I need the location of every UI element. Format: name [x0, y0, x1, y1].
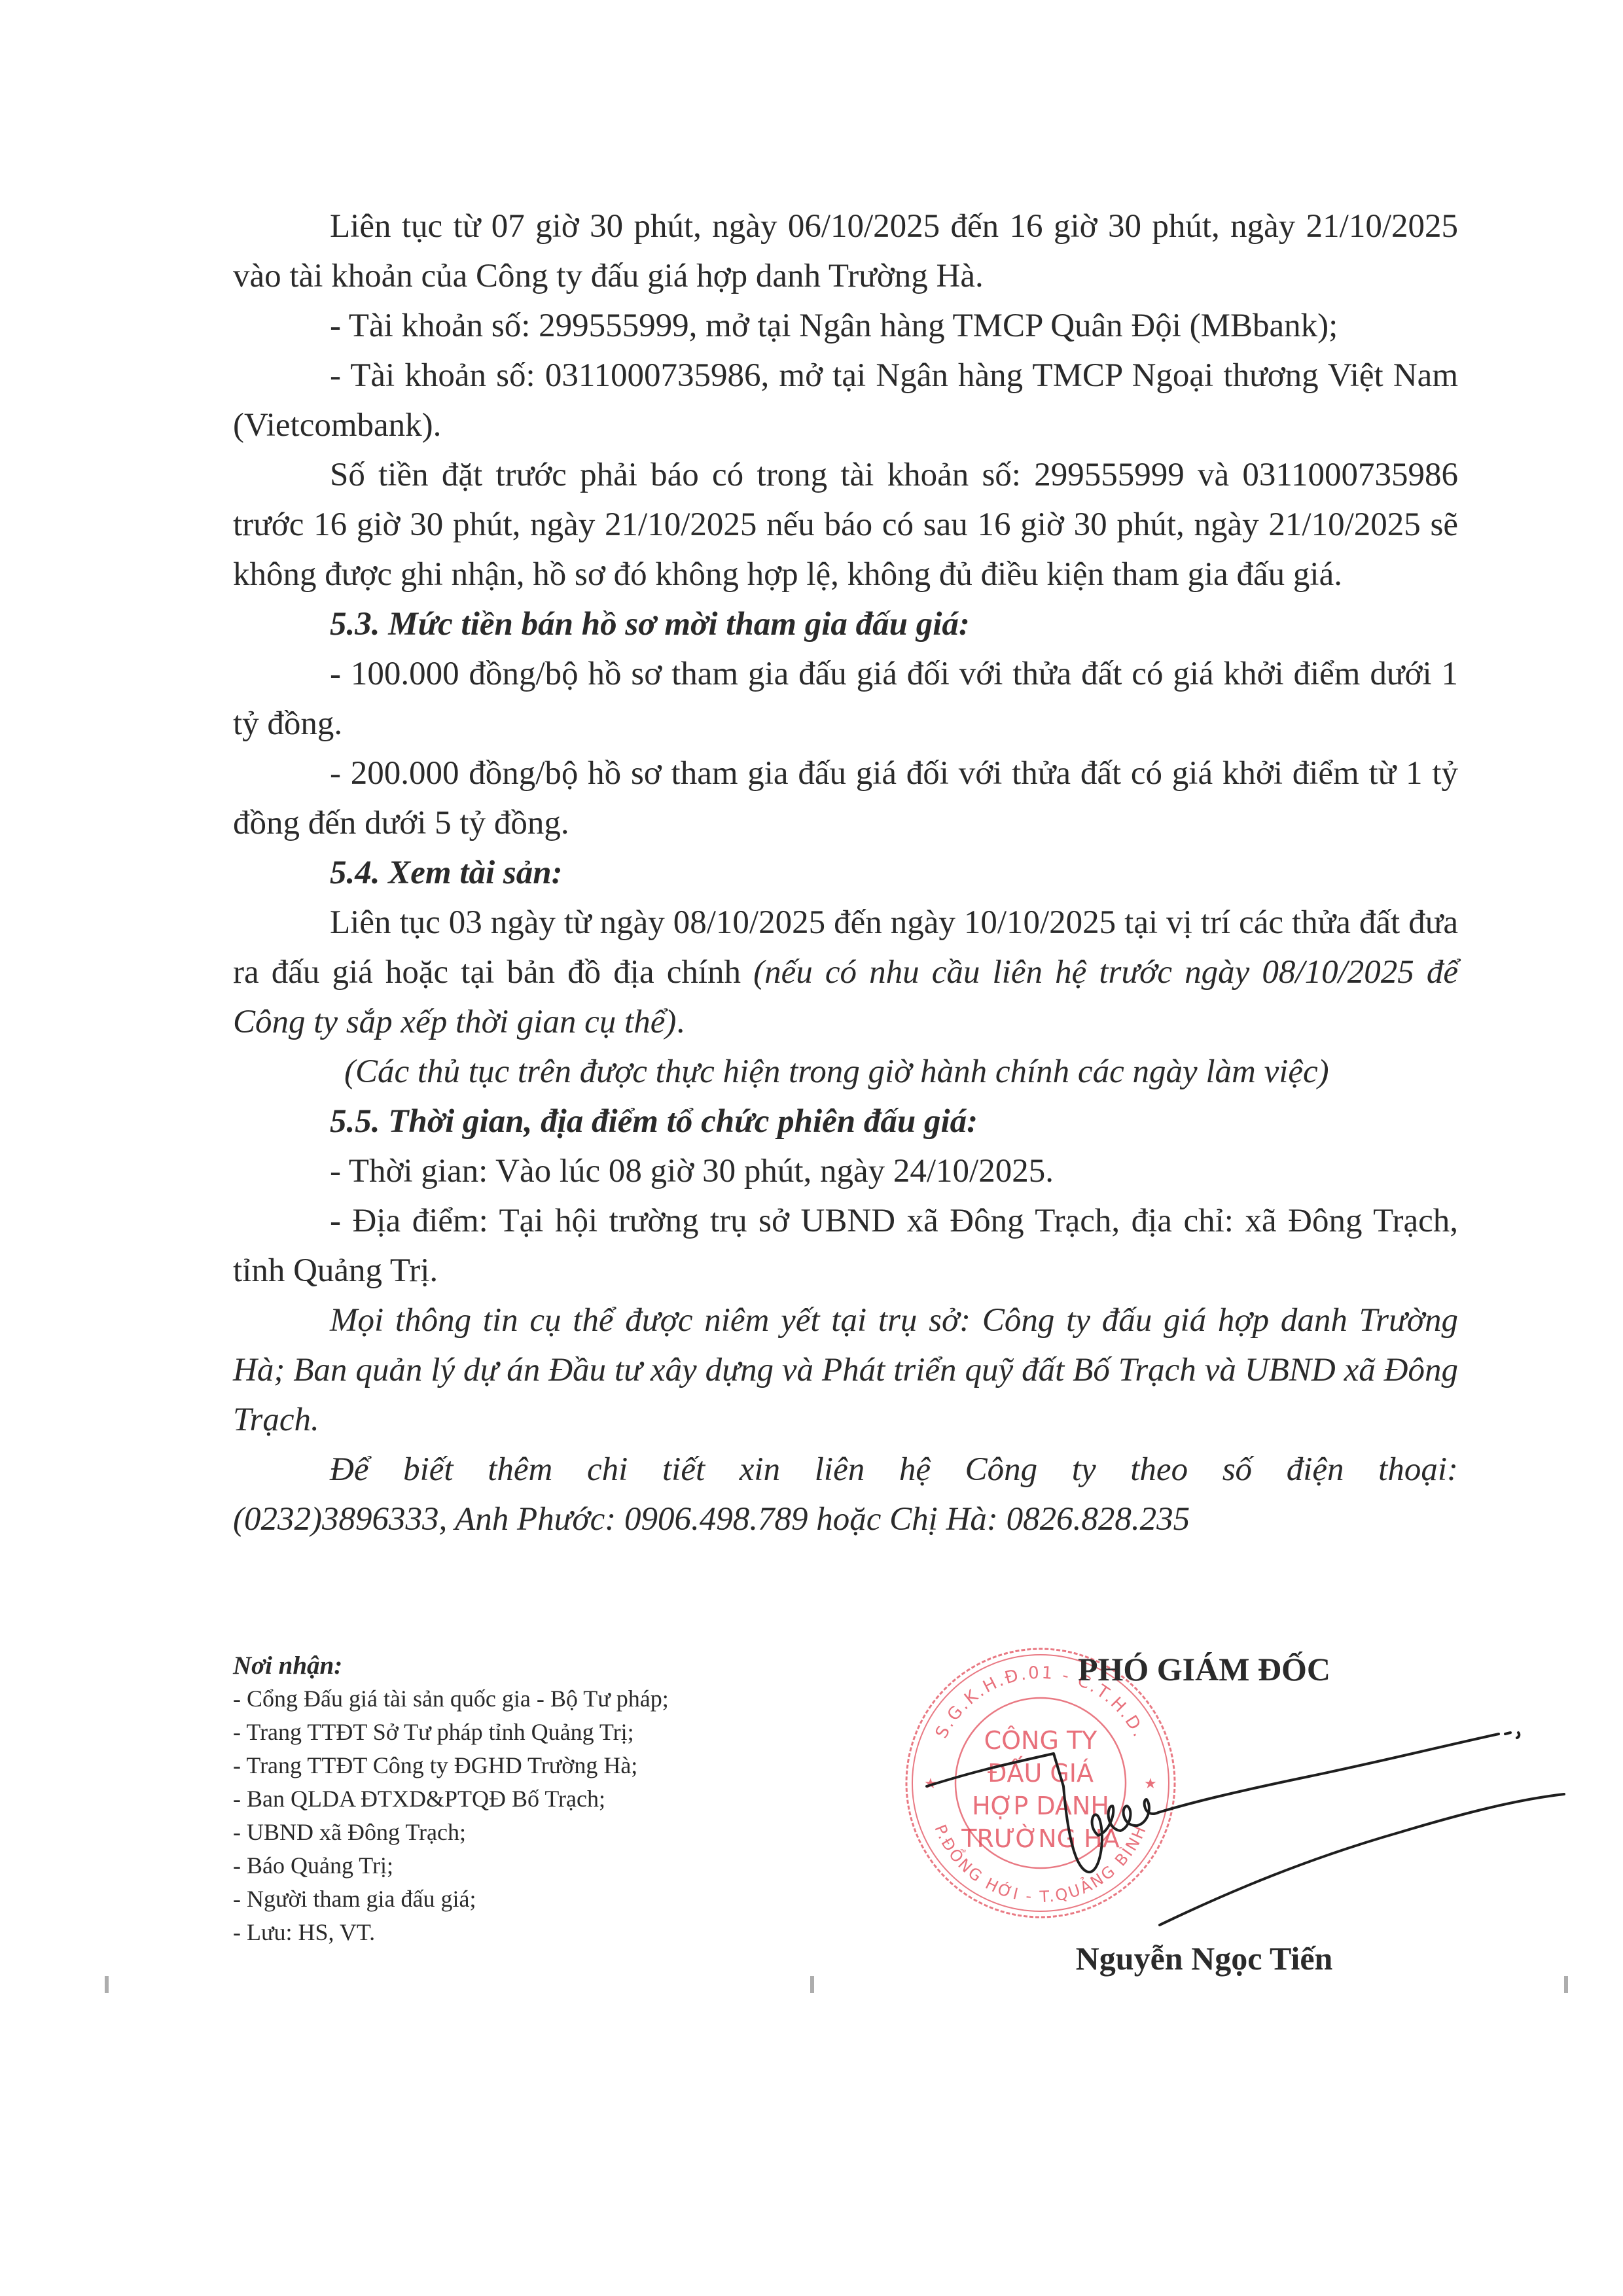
- section-5-4-heading: 5.4. Xem tài sản:: [233, 848, 1458, 898]
- scan-artifact: [105, 1976, 109, 1993]
- fee-item-2: - 200.000 đồng/bộ hồ sơ tham gia đấu giá…: [233, 749, 1458, 848]
- recipient-item: - UBND xã Đông Trạch;: [233, 1816, 822, 1849]
- recipient-item: - Cổng Đấu giá tài sản quốc gia - Bộ Tư …: [233, 1682, 822, 1716]
- viewing-paragraph: Liên tục 03 ngày từ ngày 08/10/2025 đến …: [233, 898, 1458, 1047]
- recipient-item: - Người tham gia đấu giá;: [233, 1882, 822, 1916]
- recipient-item: - Ban QLDA ĐTXD&PTQĐ Bố Trạch;: [233, 1782, 822, 1816]
- signer-title: PHÓ GIÁM ĐỐC: [1034, 1650, 1374, 1688]
- recipient-item: - Trang TTĐT Công ty ĐGHD Trường Hà;: [233, 1749, 822, 1782]
- document-page: Liên tục từ 07 giờ 30 phút, ngày 06/10/2…: [0, 0, 1623, 2296]
- scan-artifact: [1564, 1976, 1568, 1993]
- viewing-note-end: .: [676, 1004, 685, 1040]
- deposit-period-paragraph: Liên tục từ 07 giờ 30 phút, ngày 06/10/2…: [233, 202, 1458, 301]
- scan-artifact: [810, 1976, 814, 1993]
- auction-time: - Thời gian: Vào lúc 08 giờ 30 phút, ngà…: [233, 1146, 1458, 1196]
- contact-line-2: (0232)3896333, Anh Phước: 0906.498.789 h…: [233, 1494, 1458, 1544]
- recipient-item: - Trang TTĐT Sở Tư pháp tỉnh Quảng Trị;: [233, 1716, 822, 1749]
- recipients-title: Nơi nhận:: [233, 1649, 822, 1682]
- handwritten-signature-icon: [890, 1714, 1584, 1950]
- document-body: Liên tục từ 07 giờ 30 phút, ngày 06/10/2…: [233, 202, 1458, 1544]
- deposit-rule-paragraph: Số tiền đặt trước phải báo có trong tài …: [233, 450, 1458, 599]
- section-5-5-heading: 5.5. Thời gian, địa điểm tổ chức phiên đ…: [233, 1097, 1458, 1146]
- recipients-list: - Cổng Đấu giá tài sản quốc gia - Bộ Tư …: [233, 1682, 822, 1949]
- notice-paragraph: Mọi thông tin cụ thể được niêm yết tại t…: [233, 1296, 1458, 1445]
- recipient-item: - Lưu: HS, VT.: [233, 1916, 822, 1949]
- auction-location: - Địa điểm: Tại hội trường trụ sở UBND x…: [233, 1196, 1458, 1296]
- signer-name: Nguyễn Ngọc Tiến: [1021, 1939, 1387, 1977]
- recipients-block: Nơi nhận: - Cổng Đấu giá tài sản quốc gi…: [233, 1649, 822, 1949]
- section-5-3-heading: 5.3. Mức tiền bán hồ sơ mời tham gia đấu…: [233, 599, 1458, 649]
- account-mbbank: - Tài khoản số: 299555999, mở tại Ngân h…: [233, 301, 1458, 351]
- procedure-note: (Các thủ tục trên được thực hiện trong g…: [233, 1047, 1458, 1097]
- contact-line-1: Để biết thêm chi tiết xin liên hệ Công t…: [233, 1445, 1458, 1494]
- fee-item-1: - 100.000 đồng/bộ hồ sơ tham gia đấu giá…: [233, 649, 1458, 749]
- recipient-item: - Báo Quảng Trị;: [233, 1849, 822, 1882]
- account-vietcombank: - Tài khoản số: 0311000735986, mở tại Ng…: [233, 351, 1458, 450]
